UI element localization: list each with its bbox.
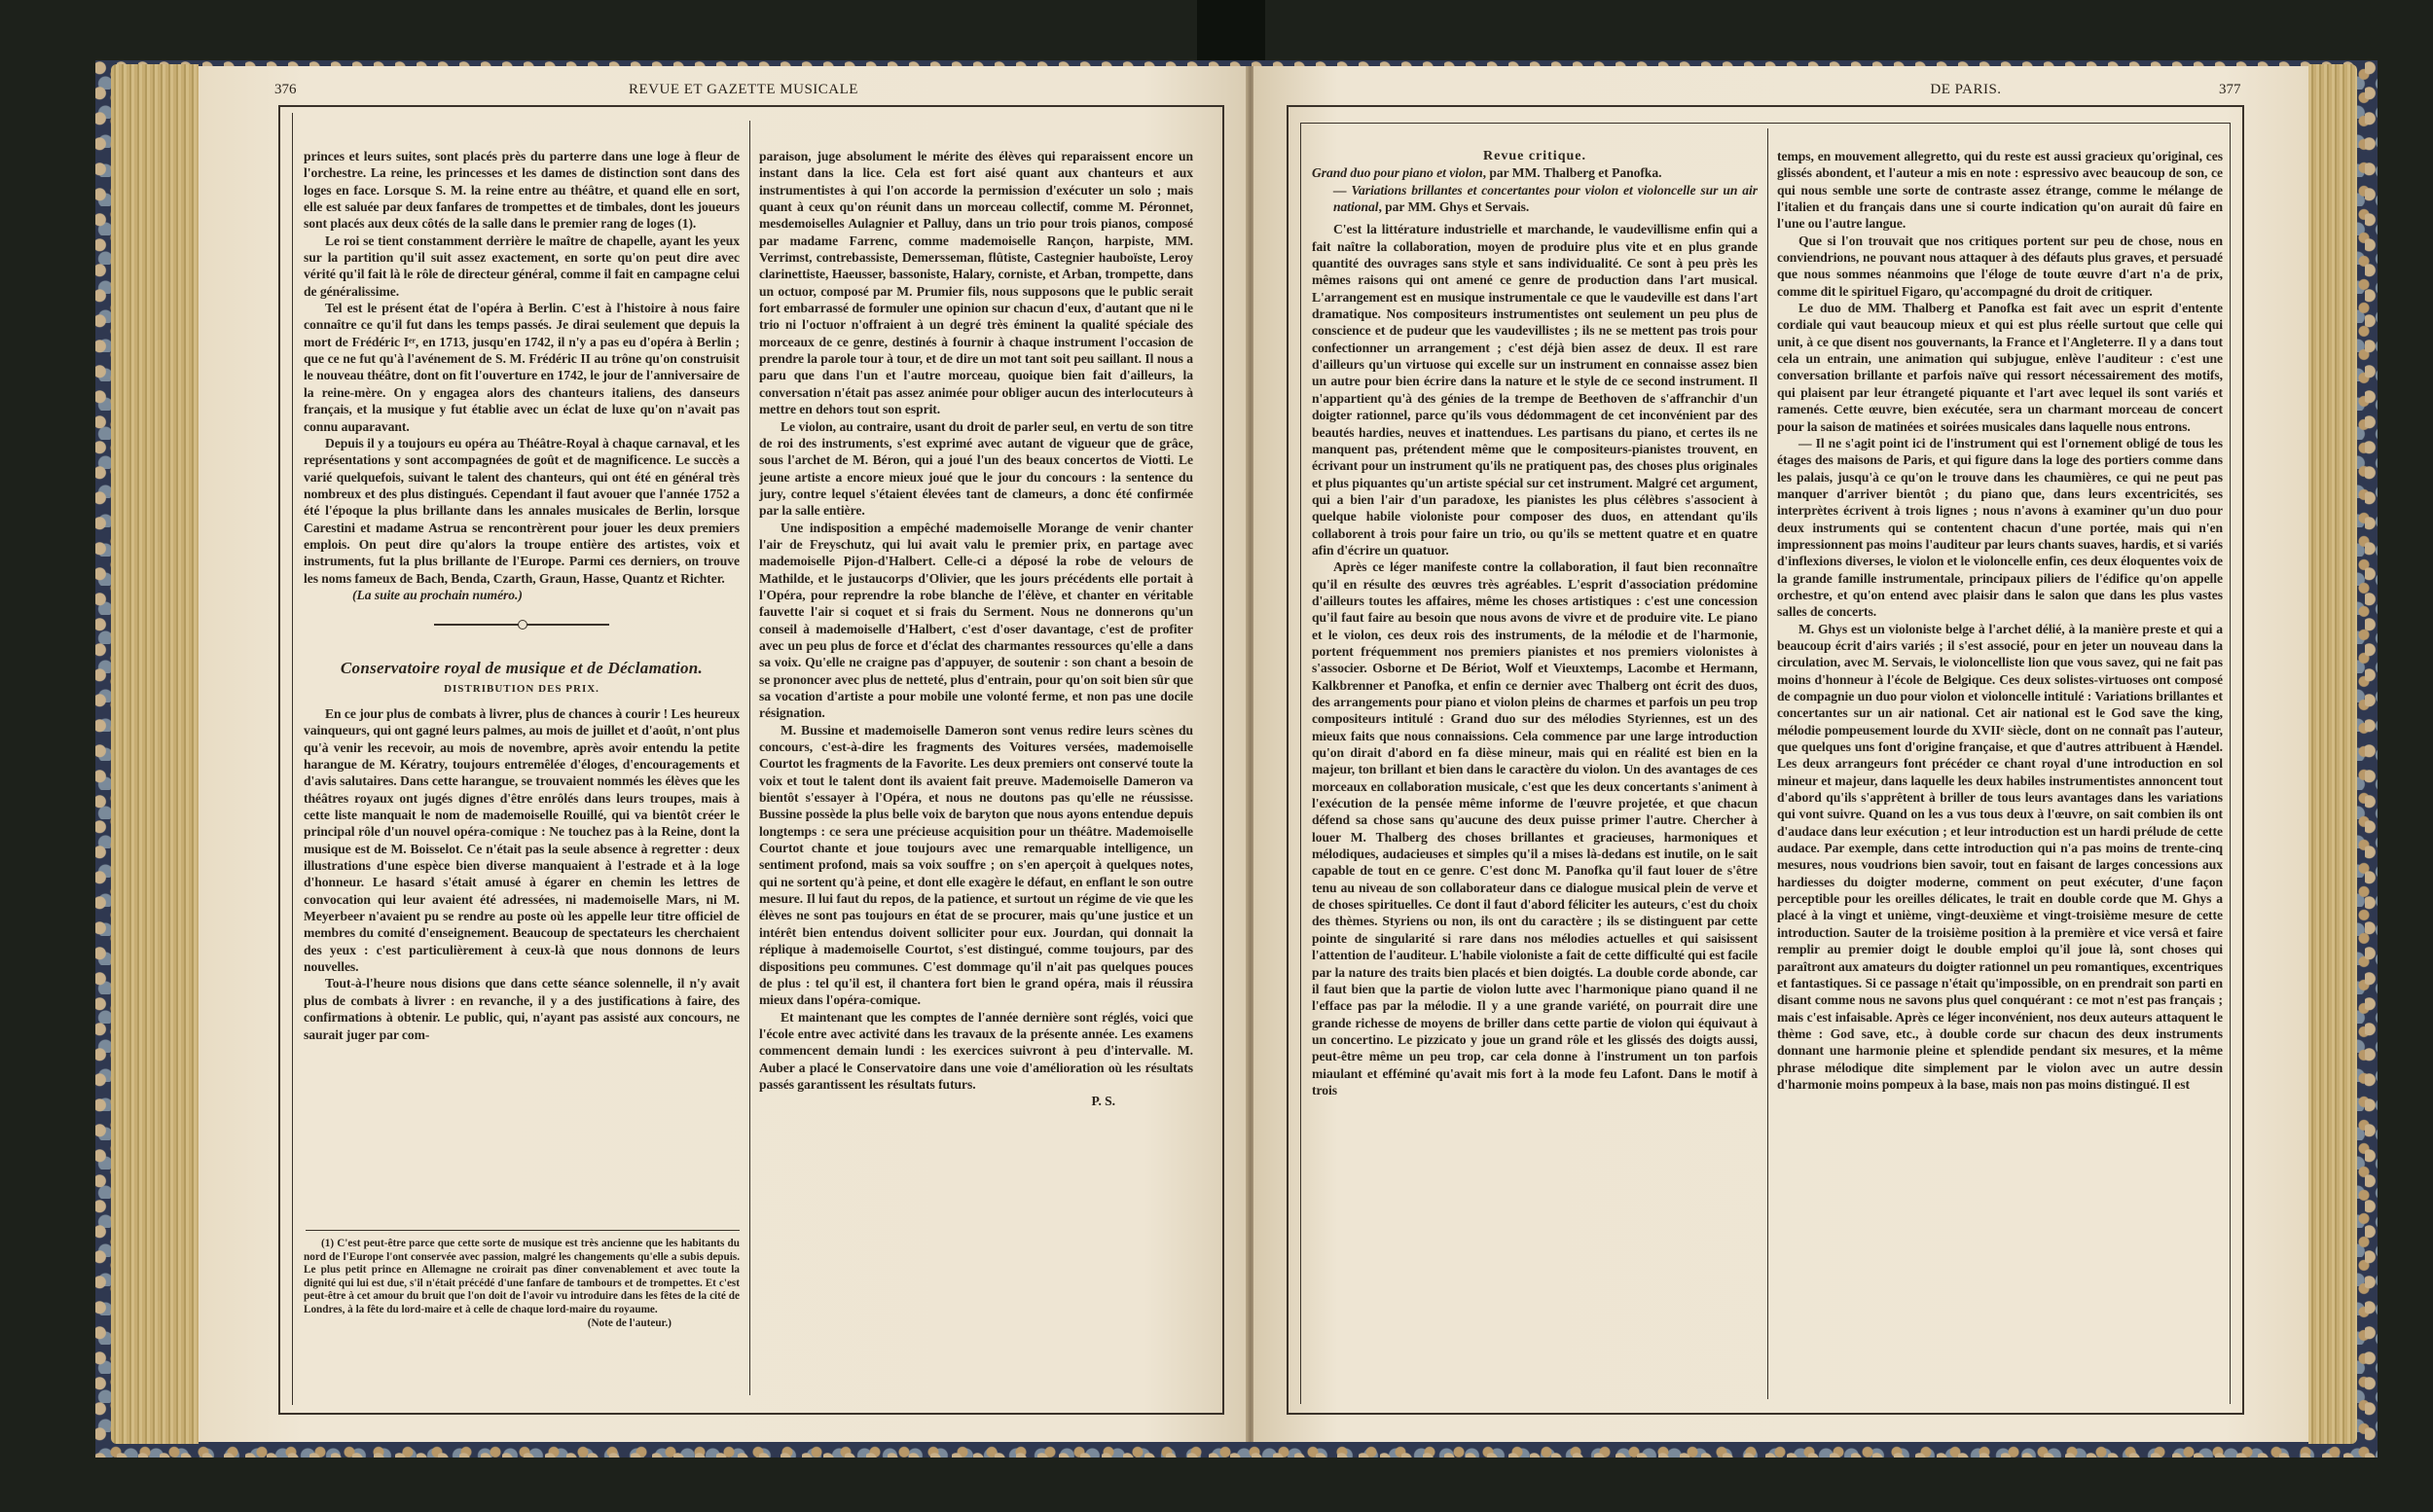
work-byline: , par MM. Thalberg et Panofka. [1483, 165, 1662, 180]
ornament-divider [304, 613, 740, 636]
left-column-2: paraison, juge absolument le mérite des … [759, 148, 1193, 1110]
work-byline: , par MM. Ghys et Servais. [1378, 199, 1529, 214]
review-entry-2: — Variations brillantes et concertantes … [1312, 182, 1758, 216]
paragraph: Le duo de MM. Thalberg et Panofka est fa… [1777, 300, 2223, 435]
footnote-attribution: (Note de l'auteur.) [304, 1317, 740, 1331]
paragraph: princes et leurs suites, sont placés prè… [304, 148, 740, 233]
paragraph: — Il ne s'agit point ici de l'instrument… [1777, 435, 2223, 621]
section-title: Conservatoire royal de musique et de Déc… [304, 660, 740, 676]
right-column-2: temps, en mouvement allegretto, qui du r… [1777, 148, 2223, 1093]
running-head-right: DE PARIS. [1253, 82, 2308, 98]
footnote-rule [306, 1230, 740, 1231]
section-title: Revue critique. [1312, 148, 1758, 164]
paragraph: Le violon, au contraire, usant du droit … [759, 418, 1193, 520]
paragraph: Et maintenant que les comptes de l'année… [759, 1009, 1193, 1094]
paragraph: Le roi se tient constamment derrière le … [304, 233, 740, 300]
paragraph: Que si l'on trouvait que nos critiques p… [1777, 233, 2223, 300]
column-divider [1767, 128, 1768, 1399]
section-subtitle: DISTRIBUTION DES PRIX. [304, 681, 740, 698]
column-divider [749, 121, 750, 1395]
signature: P. S. [759, 1093, 1193, 1109]
paragraph: Après ce léger manifeste contre la colla… [1312, 558, 1758, 1098]
footnote-text: (1) C'est peut-être parce que cette sort… [304, 1238, 740, 1317]
page-edges-right [2308, 64, 2357, 1444]
running-head-left: REVUE ET GAZETTE MUSICALE [199, 82, 1250, 98]
work-title: Grand duo pour piano et violon [1312, 165, 1483, 180]
paragraph: C'est la littérature industrielle et mar… [1312, 221, 1758, 558]
paragraph: temps, en mouvement allegretto, qui du r… [1777, 148, 2223, 233]
review-entry-1: Grand duo pour piano et violon, par MM. … [1312, 164, 1758, 181]
paragraph: M. Bussine et mademoiselle Dameron sont … [759, 722, 1193, 1009]
page-number-right: 377 [2219, 82, 2241, 98]
paragraph: Une indisposition a empêché mademoiselle… [759, 520, 1193, 722]
right-page: DE PARIS. 377 Revue critique. Grand duo … [1253, 66, 2308, 1442]
paragraph: Tout-à-l'heure nous disions que dans cet… [304, 975, 740, 1042]
paragraph: paraison, juge absolument le mérite des … [759, 148, 1193, 418]
paragraph: Depuis il y a toujours eu opéra au Théât… [304, 435, 740, 587]
paragraph: En ce jour plus de combats à livrer, plu… [304, 705, 740, 976]
left-column-1: princes et leurs suites, sont placés prè… [304, 148, 740, 1043]
book-spine-shadow [1197, 0, 1265, 60]
paragraph: M. Ghys est un violoniste belge à l'arch… [1777, 621, 2223, 1094]
footnote: (1) C'est peut-être parce que cette sort… [304, 1238, 740, 1330]
page-edges-left [111, 64, 199, 1444]
paragraph: Tel est le présent état de l'opéra à Ber… [304, 300, 740, 435]
right-column-1: Revue critique. Grand duo pour piano et … [1312, 148, 1758, 1098]
continuation-note: (La suite au prochain numéro.) [304, 587, 740, 603]
left-page: 376 REVUE ET GAZETTE MUSICALE princes et… [199, 66, 1250, 1442]
